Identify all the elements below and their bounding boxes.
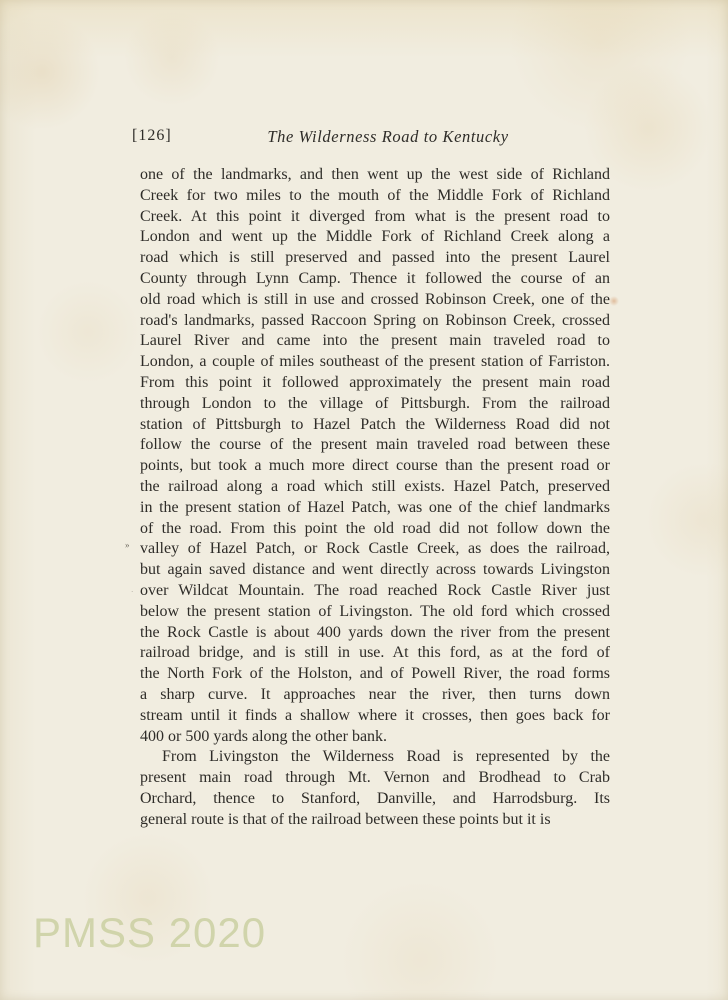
text-line: the railroad along a road which still ex… <box>140 477 610 498</box>
text-line: the North Fork of the Holston, and of Po… <box>140 664 610 685</box>
text-line: Creek. At this point it diverged from wh… <box>140 207 610 228</box>
text-line: railroad bridge, and is still in use. At… <box>140 643 610 664</box>
text-line: of the road. From this point the old roa… <box>140 519 610 540</box>
text-line: Creek for two miles to the mouth of the … <box>140 186 610 207</box>
text-line: but again saved distance and went direct… <box>140 560 610 581</box>
page-number: [126] <box>132 127 172 145</box>
text-line: one of the landmarks, and then went up t… <box>140 165 610 186</box>
text-line: stream until it finds a shallow where it… <box>140 706 610 727</box>
text-line: Orchard, thence to Stanford, Danville, a… <box>140 789 610 810</box>
text-line: County through Lynn Camp. Thence it foll… <box>140 269 610 290</box>
text-line: road's landmarks, passed Raccoon Spring … <box>140 311 610 332</box>
text-line: London and went up the Middle Fork of Ri… <box>140 227 610 248</box>
scan-artifact: · <box>131 589 133 596</box>
text-line: valley of Hazel Patch, or Rock Castle Cr… <box>140 539 610 560</box>
page-text: one of the landmarks, and then went up t… <box>140 165 610 831</box>
text-line: the Rock Castle is about 400 yards down … <box>140 623 610 644</box>
scanned-book-page: [126] The Wilderness Road to Kentucky on… <box>0 0 728 1000</box>
text-line: station of Pittsburgh to Hazel Patch the… <box>140 415 610 436</box>
text-line: through London to the village of Pittsbu… <box>140 394 610 415</box>
running-title: The Wilderness Road to Kentucky <box>140 127 610 147</box>
text-line: old road which is still in use and cross… <box>140 290 610 311</box>
text-line: present main road through Mt. Vernon and… <box>140 768 610 789</box>
text-line: Laurel River and came into the present m… <box>140 331 610 352</box>
text-line: below the present station of Livingston.… <box>140 602 610 623</box>
text-line: road which is still preserved and passed… <box>140 248 610 269</box>
text-line: a sharp curve. It approaches near the ri… <box>140 685 610 706</box>
scan-artifact: » <box>125 541 130 550</box>
paragraph: From Livingston the Wilderness Road is r… <box>140 747 610 830</box>
text-line: London, a couple of miles southeast of t… <box>140 352 610 373</box>
text-line: follow the course of the present main tr… <box>140 435 610 456</box>
page-header: [126] The Wilderness Road to Kentucky <box>140 127 610 149</box>
text-line: From this point it followed approximatel… <box>140 373 610 394</box>
watermark: PMSS 2020 <box>33 912 266 954</box>
text-line: 400 or 500 yards along the other bank. <box>140 727 610 748</box>
text-line: From Livingston the Wilderness Road is r… <box>140 747 610 768</box>
text-line: over Wildcat Mountain. The road reached … <box>140 581 610 602</box>
text-line: general route is that of the railroad be… <box>140 810 610 831</box>
text-line: in the present station of Hazel Patch, w… <box>140 498 610 519</box>
text-line: points, but took a much more direct cour… <box>140 456 610 477</box>
paragraph: one of the landmarks, and then went up t… <box>140 165 610 747</box>
